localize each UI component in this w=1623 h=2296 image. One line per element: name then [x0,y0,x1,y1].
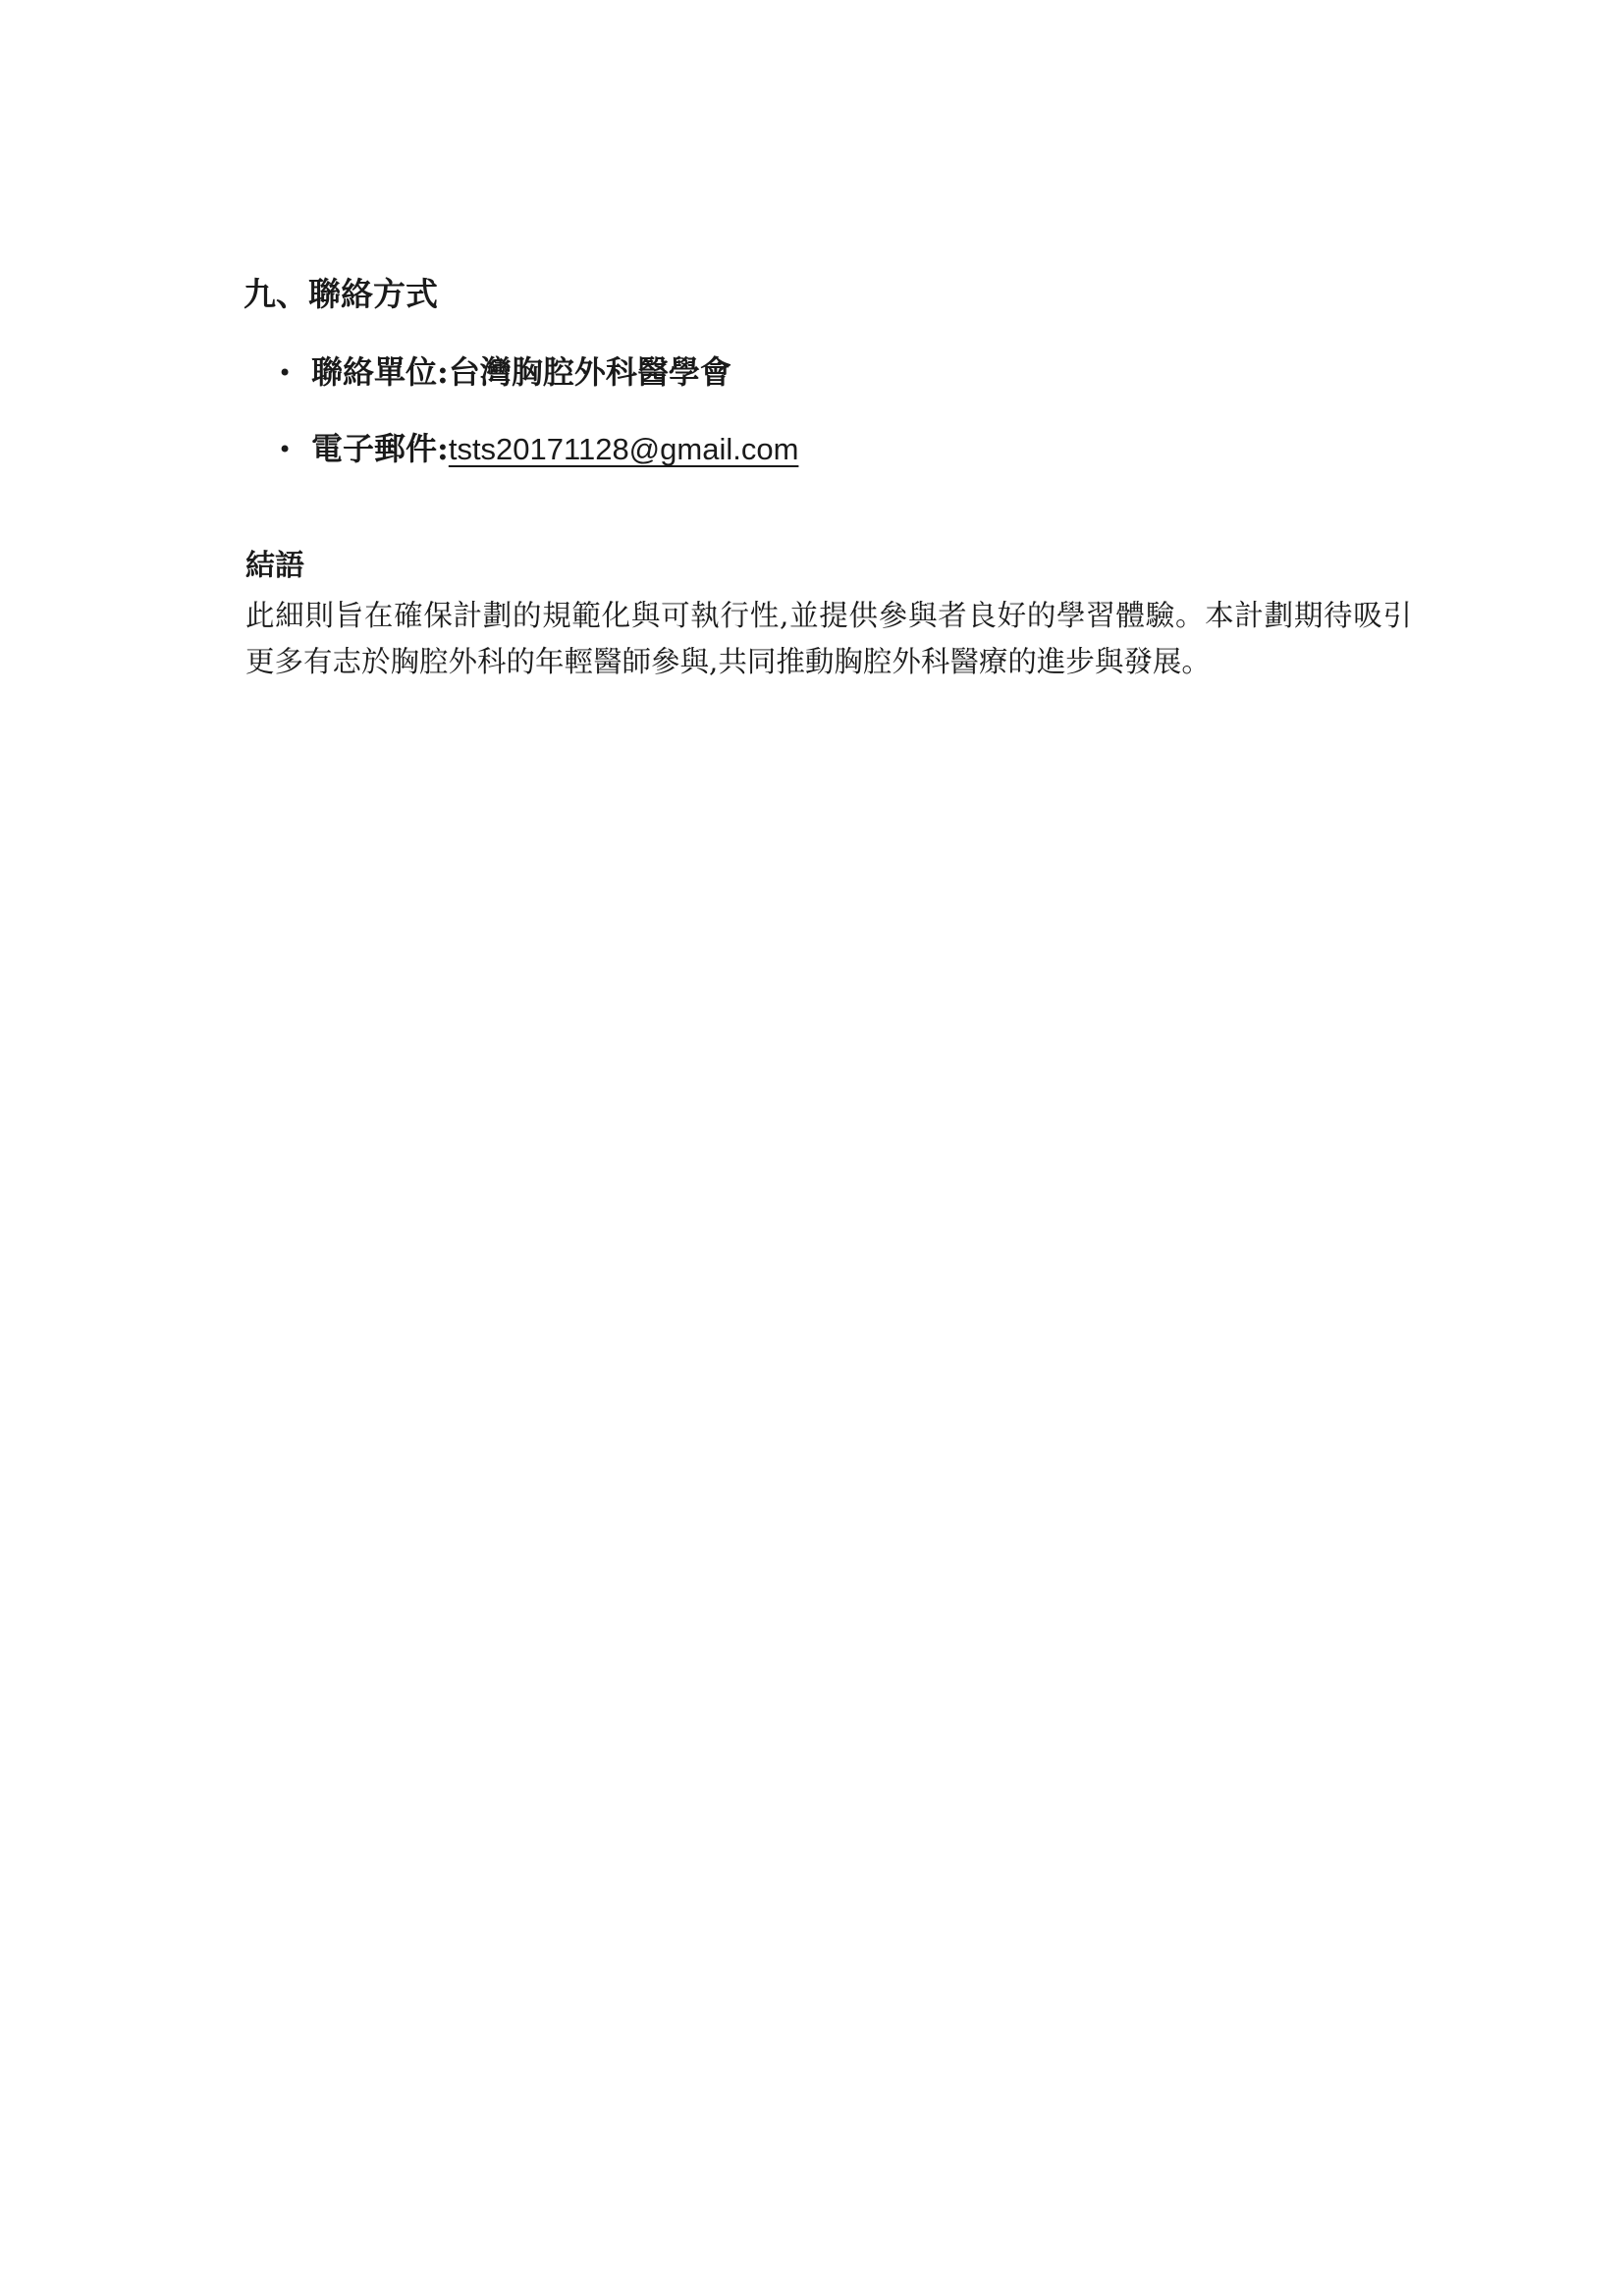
section-heading-contact: 九、聯絡方式 [243,275,438,314]
conclusion-paragraph: 此細則旨在確保計劃的規範化與可執行性,並提供參與者良好的學習體驗。本計劃期待吸引… [245,593,1412,685]
contact-email-separator: : [437,430,449,467]
contact-unit-item: •聯絡單位:台灣胸腔外科醫學會 [278,353,731,392]
contact-email-link[interactable]: tsts20171128@gmail.com [449,432,799,466]
contact-unit-label: 聯絡單位 [311,353,437,391]
document-page: 九、聯絡方式 •聯絡單位:台灣胸腔外科醫學會 •電子郵件:tsts2017112… [0,0,1623,2296]
contact-unit-value: 台灣胸腔外科醫學會 [449,353,731,391]
bullet-icon: • [278,354,311,392]
bullet-icon: • [278,431,311,468]
contact-email-label: 電子郵件 [311,430,437,467]
contact-unit-separator: : [437,353,449,391]
contact-email-item: •電子郵件:tsts20171128@gmail.com [278,430,798,468]
conclusion-heading: 結語 [245,549,304,584]
